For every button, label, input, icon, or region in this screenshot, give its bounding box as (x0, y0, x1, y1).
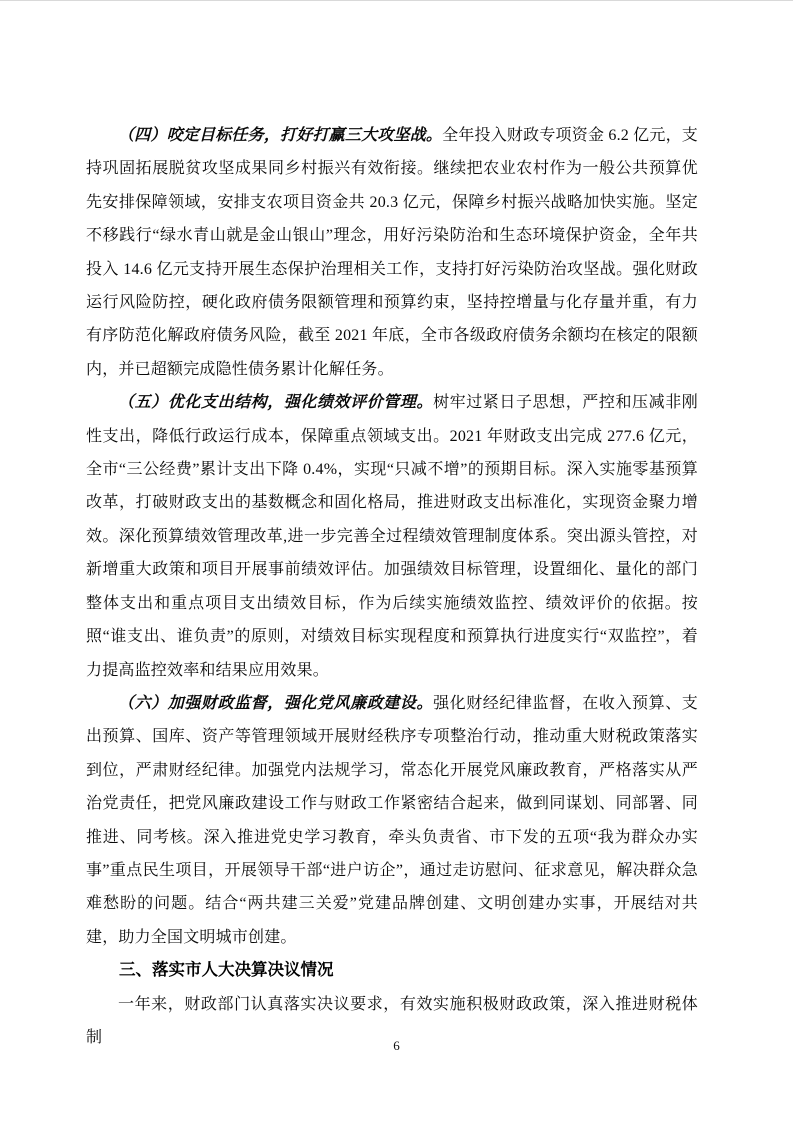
paragraph-section-6-body: 强化财经纪律监督，在收入预算、支出预算、国库、资产等管理领域开展财经秩序专项整治… (86, 695, 698, 946)
page-number: 6 (0, 1038, 793, 1054)
paragraph-section-5: （五）优化支出结构，强化绩效评价管理。树牢过紧日子思想，严控和压减非刚性支出，降… (86, 386, 698, 687)
paragraph-section-5-body: 树牢过紧日子思想，严控和压减非刚性支出，降低行政运行成本，保障重点领域支出。20… (86, 394, 698, 678)
paragraph-section-6: （六）加强财政监督，强化党风廉政建设。强化财经纪律监督，在收入预算、支出预算、国… (86, 687, 698, 954)
page-content: （四）咬定目标任务，打好打赢三大攻坚战。全年投入财政专项资金 6.2 亿元，支持… (86, 119, 698, 1054)
paragraph-section-5-lead: （五）优化支出结构，强化绩效评价管理。 (118, 394, 433, 411)
paragraph-section-4: （四）咬定目标任务，打好打赢三大攻坚战。全年投入财政专项资金 6.2 亿元，支持… (86, 119, 698, 386)
paragraph-section-4-body: 全年投入财政专项资金 6.2 亿元，支持巩固拓展脱贫攻坚成果同乡村振兴有效衔接。… (86, 127, 698, 378)
paragraph-section-4-lead: （四）咬定目标任务，打好打赢三大攻坚战。 (118, 127, 442, 144)
section-heading: 三、落实市人大决算决议情况 (86, 954, 698, 987)
document-page: （四）咬定目标任务，打好打赢三大攻坚战。全年投入财政专项资金 6.2 亿元，支持… (0, 0, 793, 1122)
paragraph-section-6-lead: （六）加强财政监督，强化党风廉政建设。 (118, 695, 433, 712)
